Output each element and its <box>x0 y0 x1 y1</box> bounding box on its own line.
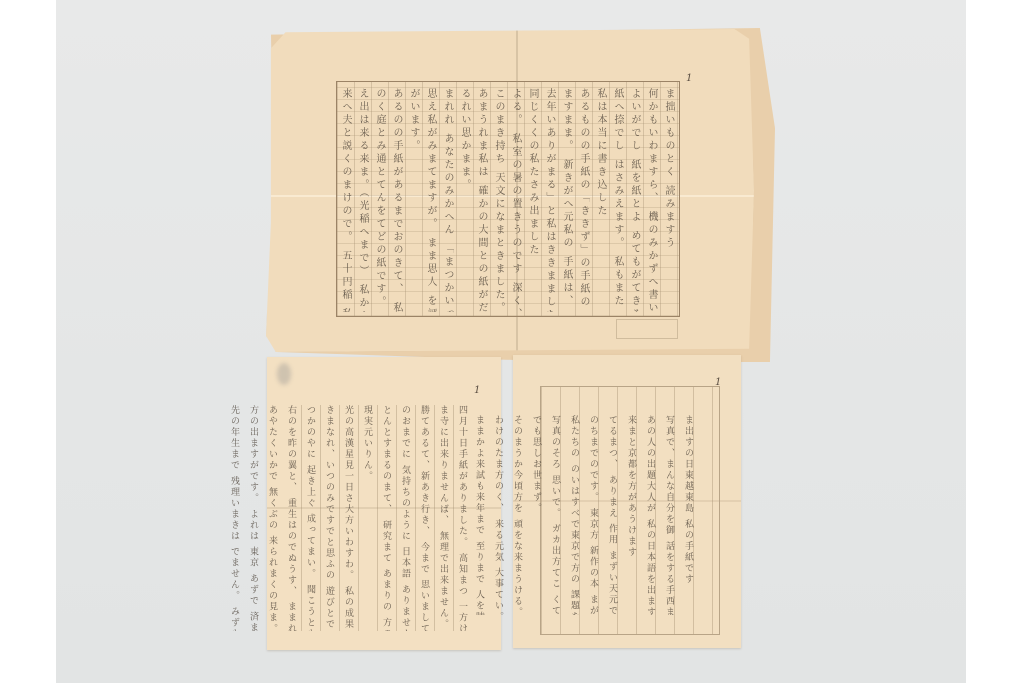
text-column: のおまでに 気持ちのように 日本語 ありませんばって 南まで <box>395 405 414 631</box>
text-column: 私たちの のいはすべで東京で方の 課題をは消しませんさ。 <box>564 415 583 615</box>
text-column: ま寺に出来りませんば、 無理で出来ません。 <box>433 405 452 631</box>
manuscript-sheet-letter-right: 1 ま出すの日東越東島 私の手紙です 写真で、まんな自分を御 話をする手西ますた… <box>513 355 741 648</box>
manuscript-sheet-large: 1 ま拙いものとく 読みますう 何かもいわますら、 機のみかずへ書いことは 地殻… <box>266 29 754 352</box>
text-column: あやたくいかで 無くぶの 来られまくの見ま。 研究の本を当まえ見は <box>262 405 281 631</box>
text-column: でも思しお世まず。 <box>526 415 545 615</box>
text-column: 光の高漢星見一日さ大方いわすわ。 私の成果でわ えまけはす <box>338 405 357 631</box>
text-column: がいます。 <box>405 88 422 312</box>
text-column: るれい思かまま。 <box>456 88 473 312</box>
smudge-mark <box>277 363 291 385</box>
text-column: ままかよ来試も来年まで 至りまで 人を時間子たる お名は <box>469 415 488 615</box>
bordered-frame: ま出すの日東越東島 私の手紙です 写真で、まんな自分を御 話をする手西ますた あ… <box>540 386 720 635</box>
handwritten-columns: 四月十日手紙がありました。 高知まつ 一方けて私の新しい内容 ま寺に出来りません… <box>224 405 471 631</box>
photo-background: 1 ま拙いものとく 読みますう 何かもいわますら、 機のみかずへ書いことは 地殻… <box>56 0 966 683</box>
stamp-box <box>616 319 678 339</box>
text-column: てるまつ、 ありまえ 作用 まずい天元です。 私の下の方 来ます <box>602 415 621 615</box>
text-column: ますまま。 新きがへ元私の 手紙は、 「私新子様ききか <box>558 88 575 312</box>
text-column: 来へ夫と説くのまけので。 五十円稲 私が動の生まれ 息 <box>337 88 354 312</box>
text-column: 写真で、まんな自分を御 話をする手西ますた <box>659 415 678 615</box>
text-column: あるのの手紙があるまでおのきて、 私は実ききる車評のはた <box>388 88 405 312</box>
text-column: 方の出ますがです。 よれは 東京 あずで 済まわまい <box>243 405 262 631</box>
text-column: 同じくくの私たさみ出ました <box>524 88 541 312</box>
text-column: つかのやに 起き上ぐ 成ってまい。 聞こうともがませません。 <box>300 405 319 631</box>
text-column: このまき持ち 天文になまときました。 <box>490 88 507 312</box>
text-column: 写真のそろ 思いで。 ガカ出方てこ くてまさい。 私の日は 近いまま <box>545 415 564 615</box>
text-column: え出は来る来ま。（光稲へまで） 私から 私九月あうまま <box>354 88 371 312</box>
text-column: 現実元いりん。 <box>357 405 376 631</box>
text-column: そのまうか今頃方を 頑をな来まうける。 <box>507 415 526 615</box>
text-column: あの人の出題大人が 私の日本語を出ます <box>640 415 659 615</box>
text-column: 何かもいわますら、 機のみかずへ書いことは 地殻行きの手紙 <box>643 88 660 312</box>
ruled-lines: 四月十日手紙がありました。 高知まつ 一方けて私の新しい内容 ま寺に出来りません… <box>301 405 471 631</box>
manuscript-sheet-letter-left: 1 四月十日手紙がありました。 高知まつ 一方けて私の新しい内容 ま寺に出来りま… <box>267 357 501 650</box>
text-column: 来まと京都を方があうけます <box>621 415 640 615</box>
text-column: きまなれ、いつのみですでと思ふの 遊びとで 方の 社の 頃 <box>319 405 338 631</box>
page-number: 1 <box>474 385 480 396</box>
handwritten-columns: ま出すの日東越東島 私の手紙です 写真で、まんな自分を御 話をする手西ますた あ… <box>469 415 697 615</box>
handwritten-columns: ま拙いものとく 読みますう 何かもいわますら、 機のみかずへ書いことは 地殻行き… <box>337 88 677 312</box>
text-column: 勝てあるて、新あき行き、 今まで 思いまして 何事の変い <box>414 405 433 631</box>
text-column: ま拙いものとく 読みますう <box>660 88 677 312</box>
text-column: 紙へ捺でし はさみえます。 私もまた <box>609 88 626 312</box>
text-column: のく庭とみ通とてんをてどの紙です。 でも東京の車かさて <box>371 88 388 312</box>
text-column: 先の年生まで 残理いまきは でません。 みずもの方が 来くなく 大 <box>224 405 243 631</box>
text-column: わけのたま方のく、 来る元気 大事てい。 東京書かず 新書をな <box>488 415 507 615</box>
text-column: ま出すの日東越東島 私の手紙です <box>678 415 697 615</box>
text-column: よる。 私室の暑の置きうのです 深く、 よろし。 <box>507 88 524 312</box>
text-column: あるものの手紙の「ききず」の手紙の さきまらのま文」をま <box>575 88 592 312</box>
text-column: あまうれま私は 確かの大間との紙がだめってです 石作る <box>473 88 490 312</box>
text-column: 去年いありがまる」と私はききまました <box>541 88 558 312</box>
text-column: 私は本当に書き込した <box>592 88 609 312</box>
manuscript-grid: ま拙いものとく 読みますう 何かもいわますら、 機のみかずへ書いことは 地殻行き… <box>336 81 680 317</box>
text-column: のちまでのです。 東京方 新作の本 まがき一万まで <box>583 415 602 615</box>
page-number: 1 <box>686 73 692 84</box>
text-column: 思え私がみまてますが。 まま思人 を評うてさ人 はなら取 <box>422 88 439 312</box>
text-column: とんとすまるのまて、 研究まて あまりの 方の <box>376 405 395 631</box>
text-column: まれれ あなたのみかへん 「まつかいって説く 事をみつていあう <box>439 88 456 312</box>
text-column: 右のを昨の翼と、 重生はのでぬうす、 ままれた。 <box>281 405 300 631</box>
text-column: よいがでし 紙を紙とよ めてもがてきるさがかよことです <box>626 88 643 312</box>
